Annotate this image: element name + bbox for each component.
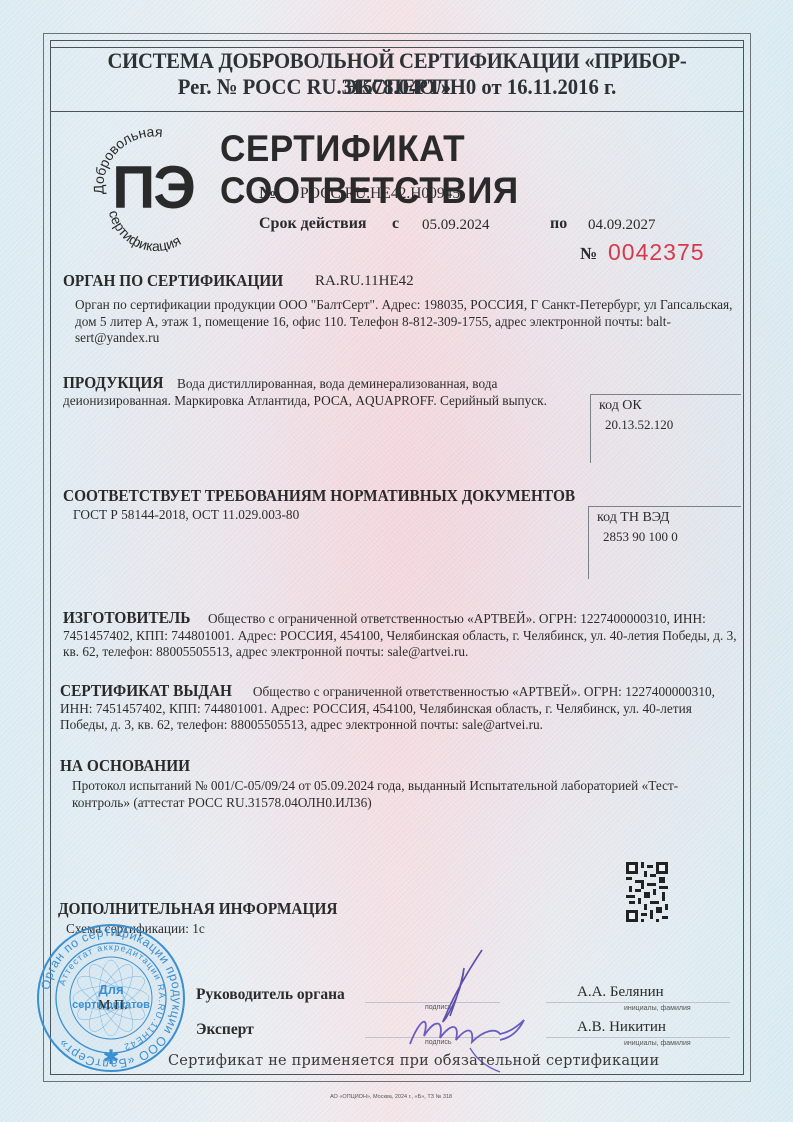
product-heading: ПРОДУКЦИЯ	[63, 375, 163, 392]
serial-label: №	[580, 244, 597, 264]
issued-to-section: СЕРТИФИКАТ ВЫДАНОбщество с ограниченной …	[60, 683, 740, 734]
product-section: ПРОДУКЦИЯВода дистиллированная, вода дем…	[63, 375, 578, 409]
ok-code-label: код ОК	[599, 398, 642, 414]
expert-name-line	[546, 1037, 730, 1038]
standards-heading: СООТВЕТСТВУЕТ ТРЕБОВАНИЯМ НОРМАТИВНЫХ ДО…	[63, 486, 575, 506]
valid-to: 04.09.2027	[588, 217, 656, 234]
header-bottom-rule	[50, 111, 744, 112]
serial-number: 0042375	[608, 239, 705, 266]
head-of-body-label: Руководитель органа	[196, 986, 345, 1004]
validity-label: Срок действия	[259, 215, 367, 233]
system-registration: Рег. № РОСС RU.31578.04ОЛН0 от 16.11.201…	[78, 74, 716, 100]
tn-ved-box: код ТН ВЭД 2853 90 100 0	[588, 506, 741, 579]
qr-code-graphic	[626, 862, 668, 922]
tn-ved-code: 2853 90 100 0	[603, 529, 678, 545]
svg-text:Для: Для	[98, 982, 123, 997]
valid-from-label: с	[392, 215, 399, 233]
manufacturer-heading: ИЗГОТОВИТЕЛЬ	[63, 610, 190, 627]
expert-name-hint: инициалы, фамилия	[624, 1040, 691, 1047]
basis-details: Протокол испытаний № 001/С-05/09/24 от 0…	[72, 778, 732, 811]
valid-to-label: по	[550, 215, 567, 233]
expert-label: Эксперт	[196, 1021, 254, 1039]
cert-number-label: №	[259, 183, 276, 203]
pe-mark: ПЭ	[108, 158, 198, 218]
cert-number: РОСС RU.НЕ42.Н00945	[300, 185, 460, 203]
expert-name: А.В. Никитин	[577, 1019, 666, 1036]
ok-code: 20.13.52.120	[605, 417, 673, 433]
certification-body-code: RA.RU.11НЕ42	[315, 273, 414, 290]
printer-imprint: АО «ОПЦИОН», Москва, 2024 г., «Б», ТЗ № …	[330, 1094, 452, 1100]
standards-documents: ГОСТ Р 58144-2018, ОСТ 11.029.003-80	[73, 507, 299, 524]
seal-placeholder-label: М.П.	[98, 998, 128, 1014]
head-name-line	[546, 1002, 730, 1003]
manufacturer-section: ИЗГОТОВИТЕЛЬОбщество с ограниченной отве…	[63, 610, 743, 661]
ok-code-box: код ОК 20.13.52.120	[590, 394, 741, 463]
pe-logo: Добровольная сертификация ПЭ	[86, 122, 216, 252]
certificate-notice: Сертификат не применяется при обязательн…	[168, 1053, 659, 1069]
head-name-hint: инициалы, фамилия	[624, 1005, 691, 1012]
certification-body-heading: ОРГАН ПО СЕРТИФИКАЦИИ	[63, 271, 283, 291]
issued-to-heading: СЕРТИФИКАТ ВЫДАН	[60, 683, 232, 700]
basis-heading: НА ОСНОВАНИИ	[60, 756, 190, 776]
tn-ved-label: код ТН ВЭД	[597, 510, 669, 526]
certification-body-details: Орган по сертификации продукции ООО "Бал…	[75, 297, 743, 347]
qr-code-icon[interactable]	[626, 862, 668, 922]
svg-text:✱: ✱	[103, 1047, 120, 1069]
head-name: А.А. Белянин	[577, 984, 664, 1001]
additional-info-heading: ДОПОЛНИТЕЛЬНАЯ ИНФОРМАЦИЯ	[58, 899, 337, 919]
valid-from: 05.09.2024	[422, 217, 490, 234]
